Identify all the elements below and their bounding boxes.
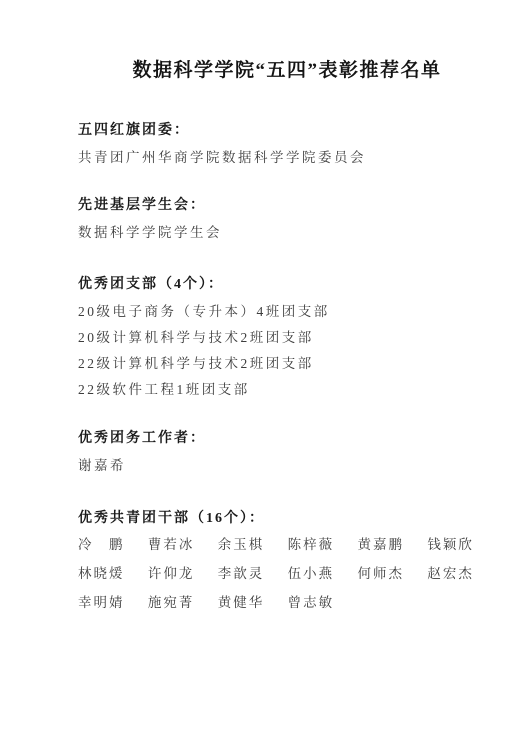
section-outstanding-league-worker: 优秀团务工作者： 谢嘉希 (78, 430, 470, 475)
section-red-flag-committee: 五四红旗团委： 共青团广州华商学院数据科学学院委员会 (78, 122, 470, 167)
honoree-name: 伍小燕 (288, 565, 355, 583)
section-item: 共青团广州华商学院数据科学学院委员会 (78, 149, 470, 167)
section-outstanding-league-cadres: 优秀共青团干部（16个）： 冷 鹏 曹若冰 余玉棋 陈梓薇 黄嘉鹏 钱颖欣 林晓… (78, 510, 470, 612)
section-item: 22级计算机科学与技术2班团支部 (78, 355, 470, 373)
honoree-name-row: 幸明婧 施宛菁 黄健华 曾志敏 (78, 594, 470, 612)
section-item: 20级计算机科学与技术2班团支部 (78, 329, 470, 347)
document-page: 数据科学学院“五四”表彰推荐名单 五四红旗团委： 共青团广州华商学院数据科学学院… (0, 0, 530, 749)
honoree-name: 施宛菁 (148, 594, 215, 612)
honoree-name: 钱颖欣 (427, 536, 474, 554)
section-heading: 优秀团支部（4个）： (78, 276, 470, 294)
section-heading: 优秀团务工作者： (78, 430, 470, 448)
honoree-name: 黄健华 (218, 594, 285, 612)
honoree-name: 李歆灵 (218, 565, 285, 583)
section-item: 22级软件工程1班团支部 (78, 381, 470, 399)
honoree-name: 陈梓薇 (288, 536, 355, 554)
honoree-name: 冷 鹏 (78, 536, 145, 554)
section-item: 20级电子商务（专升本）4班团支部 (78, 303, 470, 321)
honoree-name: 许仰龙 (148, 565, 215, 583)
honoree-name: 黄嘉鹏 (358, 536, 425, 554)
honoree-name: 余玉棋 (218, 536, 285, 554)
section-heading: 先进基层学生会： (78, 197, 470, 215)
section-outstanding-league-branches: 优秀团支部（4个）： 20级电子商务（专升本）4班团支部 20级计算机科学与技术… (78, 276, 470, 399)
section-advanced-student-union: 先进基层学生会： 数据科学学院学生会 (78, 197, 470, 242)
honoree-name-row: 林晓煖 许仰龙 李歆灵 伍小燕 何师杰 赵宏杰 (78, 565, 470, 583)
honoree-name: 曾志敏 (288, 594, 335, 612)
section-heading: 五四红旗团委： (78, 122, 470, 140)
honoree-name: 赵宏杰 (427, 565, 474, 583)
page-title: 数据科学学院“五四”表彰推荐名单 (104, 58, 470, 84)
honoree-name-row: 冷 鹏 曹若冰 余玉棋 陈梓薇 黄嘉鹏 钱颖欣 (78, 536, 470, 554)
section-item: 数据科学学院学生会 (78, 224, 470, 242)
section-heading: 优秀共青团干部（16个）： (78, 510, 470, 528)
honoree-name: 何师杰 (358, 565, 425, 583)
section-item: 谢嘉希 (78, 457, 470, 475)
honoree-name: 林晓煖 (78, 565, 145, 583)
honoree-name: 曹若冰 (148, 536, 215, 554)
honoree-name: 幸明婧 (78, 594, 145, 612)
